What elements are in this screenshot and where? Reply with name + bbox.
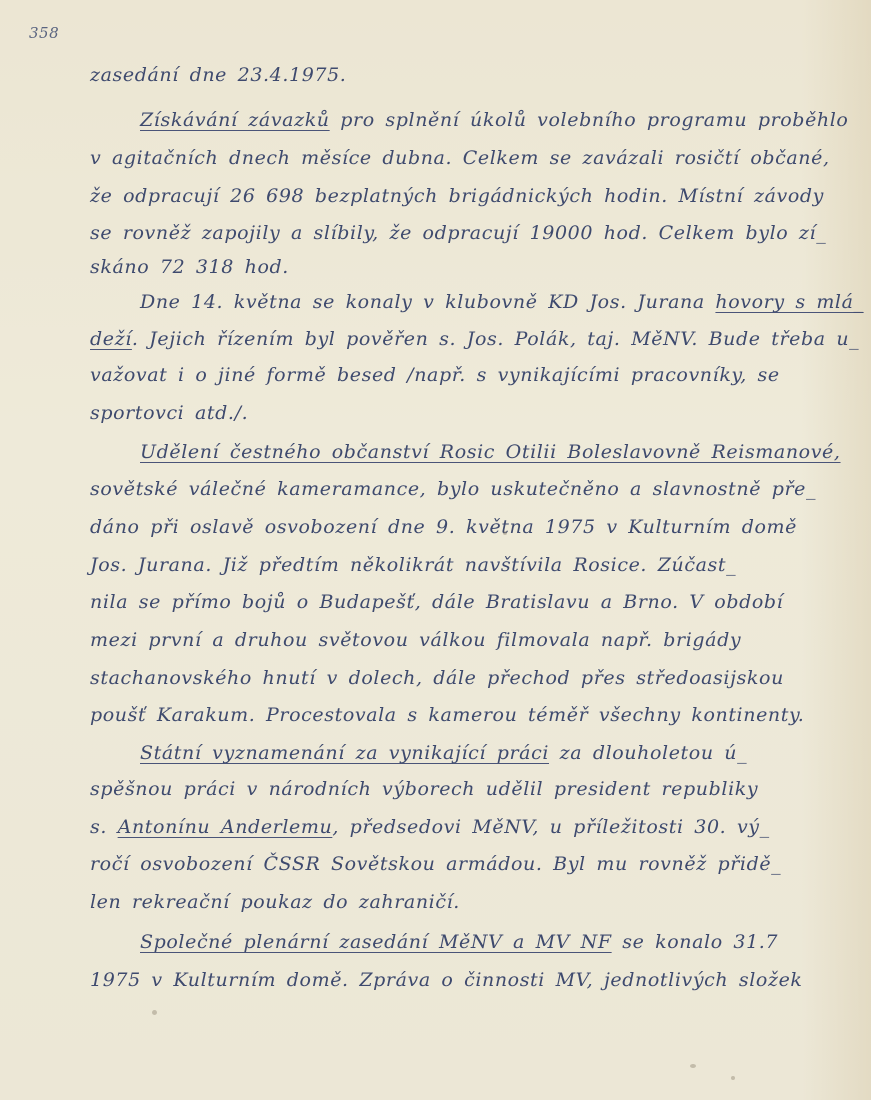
text-line: že odpracují 26 698 bezplatných brigádni… xyxy=(90,184,820,208)
underlined-heading: deží xyxy=(90,328,132,350)
text-line: Jos. Jurana. Již předtím několikrát navš… xyxy=(90,553,820,577)
text-line: sovětské válečné kameramance, bylo uskut… xyxy=(90,477,820,501)
text-line: stachanovského hnutí v dolech, dále přec… xyxy=(90,666,820,690)
text-line: v agitačních dnech měsíce dubna. Celkem … xyxy=(90,146,820,170)
text-segment: za dlouholetou ú_ xyxy=(549,742,747,764)
text-segment: . Jejich řízením byl pověřen s. Jos. Pol… xyxy=(132,328,859,350)
text-segment: važovat i o jiné formě besed /např. s vy… xyxy=(90,364,780,386)
underlined-heading: Získávání závazků xyxy=(140,109,330,131)
text-line: nila se přímo bojů o Budapešť, dále Brat… xyxy=(90,590,820,614)
text-segment: skáno 72 318 hod. xyxy=(90,256,289,278)
text-line: s. Antonínu Anderlemu, předsedovi MěNV, … xyxy=(90,815,820,839)
text-segment: nila se přímo bojů o Budapešť, dále Brat… xyxy=(90,591,783,613)
text-segment: dáno při oslavě osvobození dne 9. května… xyxy=(90,516,797,538)
text-line: Dne 14. května se konaly v klubovně KD J… xyxy=(140,290,820,314)
text-line: 1975 v Kulturním domě. Zpráva o činnosti… xyxy=(90,968,820,992)
text-line: mezi první a druhou světovou válkou film… xyxy=(90,628,820,652)
text-segment: len rekreační poukaz do zahraničí. xyxy=(90,891,460,913)
text-segment: s. xyxy=(90,816,118,838)
text-segment: spěšnou práci v národních výborech uděli… xyxy=(90,778,758,800)
text-line: sportovci atd./. xyxy=(90,401,820,425)
text-segment: se konalo 31.7 xyxy=(612,931,778,953)
text-segment: že odpracují 26 698 bezplatných brigádni… xyxy=(90,185,824,207)
text-line: Udělení čestného občanství Rosic Otilii … xyxy=(140,440,820,464)
page-number: 358 xyxy=(29,24,59,42)
text-line: deží. Jejich řízením byl pověřen s. Jos.… xyxy=(90,327,820,351)
paper-spot xyxy=(731,1076,735,1080)
underlined-heading: hovory s mlá_ xyxy=(715,291,863,313)
underlined-heading: Státní vyznamenání za vynikající práci xyxy=(140,742,549,764)
text-segment: sovětské válečné kameramance, bylo uskut… xyxy=(90,478,816,500)
underlined-heading: Společné plenární zasedání MěNV a MV NF xyxy=(140,931,612,953)
text-segment: , předsedovi MěNV, u příležitosti 30. vý… xyxy=(332,816,769,838)
text-segment: pro splnění úkolů volebního programu pro… xyxy=(330,109,849,131)
underlined-heading: Udělení čestného občanství Rosic Otilii … xyxy=(140,441,841,463)
text-segment: poušť Karakum. Procestovala s kamerou té… xyxy=(90,704,804,726)
text-segment: ročí osvobození ČSSR Sovětskou armádou. … xyxy=(90,853,781,875)
text-line: poušť Karakum. Procestovala s kamerou té… xyxy=(90,703,820,727)
paper-spot xyxy=(152,1010,157,1015)
text-segment: Dne 14. května se konaly v klubovně KD J… xyxy=(140,291,715,313)
text-line: skáno 72 318 hod. xyxy=(90,255,820,279)
text-segment: sportovci atd./. xyxy=(90,402,248,424)
text-line: Získávání závazků pro splnění úkolů vole… xyxy=(140,108,820,132)
paper-spot xyxy=(690,1064,696,1068)
text-segment: se rovněž zapojily a slíbily, že odpracu… xyxy=(90,222,826,244)
text-line: ročí osvobození ČSSR Sovětskou armádou. … xyxy=(90,852,820,876)
text-line: len rekreační poukaz do zahraničí. xyxy=(90,890,820,914)
chronicle-page: 358 zasedání dne 23.4.1975.Získávání záv… xyxy=(0,0,871,1100)
text-line: spěšnou práci v národních výborech uděli… xyxy=(90,777,820,801)
text-segment: 1975 v Kulturním domě. Zpráva o činnosti… xyxy=(90,969,803,991)
text-line: Společné plenární zasedání MěNV a MV NF … xyxy=(140,930,820,954)
text-segment: zasedání dne 23.4.1975. xyxy=(90,64,346,86)
text-line: važovat i o jiné formě besed /např. s vy… xyxy=(90,363,820,387)
text-line: Státní vyznamenání za vynikající práci z… xyxy=(140,741,820,765)
paper-spot xyxy=(503,531,507,535)
underlined-heading: Antonínu Anderlemu xyxy=(118,816,333,838)
text-line: dáno při oslavě osvobození dne 9. května… xyxy=(90,515,820,539)
text-line: se rovněž zapojily a slíbily, že odpracu… xyxy=(90,221,820,245)
text-segment: stachanovského hnutí v dolech, dále přec… xyxy=(90,667,784,689)
text-segment: mezi první a druhou světovou válkou film… xyxy=(90,629,741,651)
text-line: zasedání dne 23.4.1975. xyxy=(90,63,820,87)
text-segment: v agitačních dnech měsíce dubna. Celkem … xyxy=(90,147,830,169)
text-segment: Jos. Jurana. Již předtím několikrát navš… xyxy=(90,554,736,576)
